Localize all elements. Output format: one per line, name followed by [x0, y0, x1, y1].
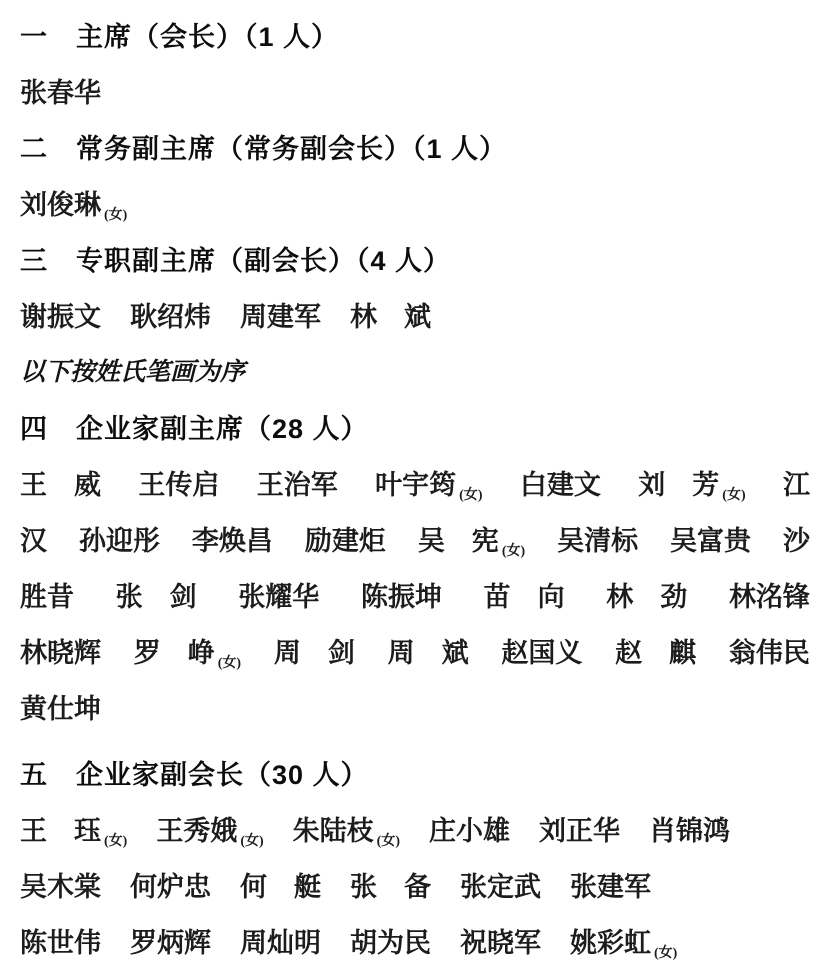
- name-token: 罗炳辉: [130, 921, 211, 960]
- name-text: 林晓辉: [20, 631, 101, 670]
- name-row: 胜昔张 剑张耀华陈振坤苗 向林 劲林洺锋: [20, 566, 810, 622]
- name-text: 祝晓军: [460, 921, 541, 960]
- name-text: 刘 芳: [638, 463, 719, 502]
- name-row: 王 威王传启王治军叶宇筠(女)白建文刘 芳(女)江: [20, 454, 810, 510]
- name-text: 周 剑: [274, 631, 355, 670]
- name-token: 王 珏(女): [20, 809, 127, 848]
- section-heading: 二常务副主席（常务副会长）（1 人）: [20, 118, 810, 174]
- name-token: 吴富贵: [670, 519, 751, 558]
- section-title: 企业家副会长（30 人）: [76, 753, 369, 792]
- name-text: 叶宇筠: [375, 463, 456, 502]
- name-token: 刘 芳(女): [638, 463, 745, 502]
- name-token: 陈世伟: [20, 921, 101, 960]
- name-row: 林晓辉罗 峥(女)周 剑周 斌赵国义赵 麒翁伟民: [20, 622, 810, 678]
- section-title: 专职副主席（副会长）（4 人）: [76, 239, 451, 278]
- name-token: 林 斌: [350, 295, 431, 334]
- name-text: 赵 麒: [615, 631, 696, 670]
- name-text: 吴富贵: [670, 519, 751, 558]
- name-token: 吴 宪(女): [418, 519, 525, 558]
- name-token: 林晓辉: [20, 631, 101, 670]
- name-token: 庄小雄: [429, 809, 510, 848]
- name-token: 胜昔: [20, 575, 74, 614]
- name-row: 王 珏(女)王秀娥(女)朱陆枝(女)庄小雄刘正华肖锦鸿: [20, 800, 810, 856]
- document: 一主席（会长）（1 人）张春华二常务副主席（常务副会长）（1 人）刘俊琳(女)三…: [0, 0, 830, 972]
- female-marker: (女): [459, 484, 482, 504]
- name-token: 罗 峥(女): [134, 631, 241, 670]
- name-row: 谢振文耿绍炜周建军林 斌: [20, 286, 810, 342]
- name-token: 孙迎彤: [79, 519, 160, 558]
- name-text: 张耀华: [238, 575, 319, 614]
- section-number: 一: [20, 15, 76, 54]
- name-token: 张 剑: [116, 575, 197, 614]
- name-text: 王 威: [20, 463, 101, 502]
- female-marker: (女): [240, 830, 263, 850]
- name-token: 王传启: [138, 463, 219, 502]
- name-row: 黄仕坤: [20, 678, 810, 734]
- name-token: 吴木棠: [20, 865, 101, 904]
- name-text: 庄小雄: [429, 809, 510, 848]
- name-token: 姚彩虹(女): [570, 921, 677, 960]
- name-token: 翁伟民: [729, 631, 810, 670]
- name-token: 张耀华: [238, 575, 319, 614]
- name-token: 何 艇: [240, 865, 321, 904]
- name-token: 耿绍炜: [130, 295, 211, 334]
- section-number: 二: [20, 127, 76, 166]
- female-marker: (女): [502, 540, 525, 560]
- name-row: 张春华: [20, 62, 810, 118]
- document-body: 一主席（会长）（1 人）张春华二常务副主席（常务副会长）（1 人）刘俊琳(女)三…: [20, 6, 810, 968]
- name-text: 林洺锋: [729, 575, 810, 614]
- name-token: 周 剑: [274, 631, 355, 670]
- name-token: 张春华: [20, 71, 101, 110]
- name-token: 谢振文: [20, 295, 101, 334]
- name-token: 王 威: [20, 463, 101, 502]
- name-text: 何 艇: [240, 865, 321, 904]
- name-text: 周 斌: [388, 631, 469, 670]
- name-token: 何炉忠: [130, 865, 211, 904]
- name-token: 励建炬: [305, 519, 386, 558]
- name-text: 罗炳辉: [130, 921, 211, 960]
- name-token: 叶宇筠(女): [375, 463, 482, 502]
- name-text: 何炉忠: [130, 865, 211, 904]
- name-text: 孙迎彤: [79, 519, 160, 558]
- name-text: 赵国义: [501, 631, 582, 670]
- section-title: 主席（会长）（1 人）: [76, 15, 339, 54]
- name-token: 王秀娥(女): [156, 809, 263, 848]
- name-token: 赵国义: [501, 631, 582, 670]
- name-text: 陈振坤: [361, 575, 442, 614]
- name-text: 张 备: [350, 865, 431, 904]
- name-token: 林 劲: [606, 575, 687, 614]
- name-token: 肖锦鸿: [649, 809, 730, 848]
- name-text: 李焕昌: [192, 519, 273, 558]
- name-text: 吴清标: [557, 519, 638, 558]
- name-token: 江: [783, 463, 810, 502]
- section-number: 四: [20, 407, 76, 446]
- name-token: 赵 麒: [615, 631, 696, 670]
- name-token: 苗 向: [484, 575, 565, 614]
- name-text: 白建文: [520, 463, 601, 502]
- name-text: 林 劲: [606, 575, 687, 614]
- name-token: 刘正华: [539, 809, 620, 848]
- name-text: 耿绍炜: [130, 295, 211, 334]
- name-token: 周建军: [240, 295, 321, 334]
- name-text: 黄仕坤: [20, 687, 101, 726]
- name-token: 张 备: [350, 865, 431, 904]
- name-text: 周建军: [240, 295, 321, 334]
- name-token: 张建军: [570, 865, 651, 904]
- female-marker: (女): [218, 652, 241, 672]
- name-token: 黄仕坤: [20, 687, 101, 726]
- female-marker: (女): [722, 484, 745, 504]
- name-text: 张春华: [20, 71, 101, 110]
- name-text: 胜昔: [20, 575, 74, 614]
- name-text: 肖锦鸿: [649, 809, 730, 848]
- name-text: 刘正华: [539, 809, 620, 848]
- female-marker: (女): [377, 830, 400, 850]
- section-heading: 三专职副主席（副会长）（4 人）: [20, 230, 810, 286]
- name-text: 沙: [783, 519, 810, 558]
- name-row: 刘俊琳(女): [20, 174, 810, 230]
- name-token: 李焕昌: [192, 519, 273, 558]
- name-token: 汉: [20, 519, 47, 558]
- name-text: 刘俊琳: [20, 183, 101, 222]
- female-marker: (女): [104, 204, 127, 224]
- name-text: 张建军: [570, 865, 651, 904]
- section-title: 企业家副主席（28 人）: [76, 407, 369, 446]
- name-text: 罗 峥: [134, 631, 215, 670]
- sort-note: 以下按姓氏笔画为序: [20, 342, 810, 398]
- name-text: 励建炬: [305, 519, 386, 558]
- name-text: 胡为民: [350, 921, 431, 960]
- female-marker: (女): [654, 942, 677, 962]
- name-text: 王 珏: [20, 809, 101, 848]
- name-text: 王传启: [138, 463, 219, 502]
- section-heading: 五企业家副会长（30 人）: [20, 744, 810, 800]
- name-text: 周灿明: [240, 921, 321, 960]
- name-text: 张定武: [460, 865, 541, 904]
- name-row: 陈世伟罗炳辉周灿明胡为民祝晓军姚彩虹(女): [20, 912, 810, 968]
- name-text: 张 剑: [116, 575, 197, 614]
- name-token: 林洺锋: [729, 575, 810, 614]
- name-text: 汉: [20, 519, 47, 558]
- name-text: 王治军: [257, 463, 338, 502]
- name-token: 陈振坤: [361, 575, 442, 614]
- name-token: 周灿明: [240, 921, 321, 960]
- section-title: 常务副主席（常务副会长）（1 人）: [76, 127, 507, 166]
- name-row: 吴木棠何炉忠何 艇张 备张定武张建军: [20, 856, 810, 912]
- name-row: 汉孙迎彤李焕昌励建炬吴 宪(女)吴清标吴富贵沙: [20, 510, 810, 566]
- name-token: 张定武: [460, 865, 541, 904]
- name-text: 吴木棠: [20, 865, 101, 904]
- name-token: 沙: [783, 519, 810, 558]
- name-text: 谢振文: [20, 295, 101, 334]
- name-token: 祝晓军: [460, 921, 541, 960]
- name-text: 王秀娥: [156, 809, 237, 848]
- name-text: 林 斌: [350, 295, 431, 334]
- section-number: 五: [20, 753, 76, 792]
- name-token: 刘俊琳(女): [20, 183, 127, 222]
- name-text: 翁伟民: [729, 631, 810, 670]
- name-token: 朱陆枝(女): [293, 809, 400, 848]
- name-text: 姚彩虹: [570, 921, 651, 960]
- name-text: 吴 宪: [418, 519, 499, 558]
- name-token: 胡为民: [350, 921, 431, 960]
- name-token: 王治军: [257, 463, 338, 502]
- female-marker: (女): [104, 830, 127, 850]
- name-token: 白建文: [520, 463, 601, 502]
- name-token: 周 斌: [388, 631, 469, 670]
- name-text: 陈世伟: [20, 921, 101, 960]
- section-heading: 一主席（会长）（1 人）: [20, 6, 810, 62]
- section-number: 三: [20, 239, 76, 278]
- name-text: 江: [783, 463, 810, 502]
- name-text: 苗 向: [484, 575, 565, 614]
- section-heading: 四企业家副主席（28 人）: [20, 398, 810, 454]
- name-text: 朱陆枝: [293, 809, 374, 848]
- name-token: 吴清标: [557, 519, 638, 558]
